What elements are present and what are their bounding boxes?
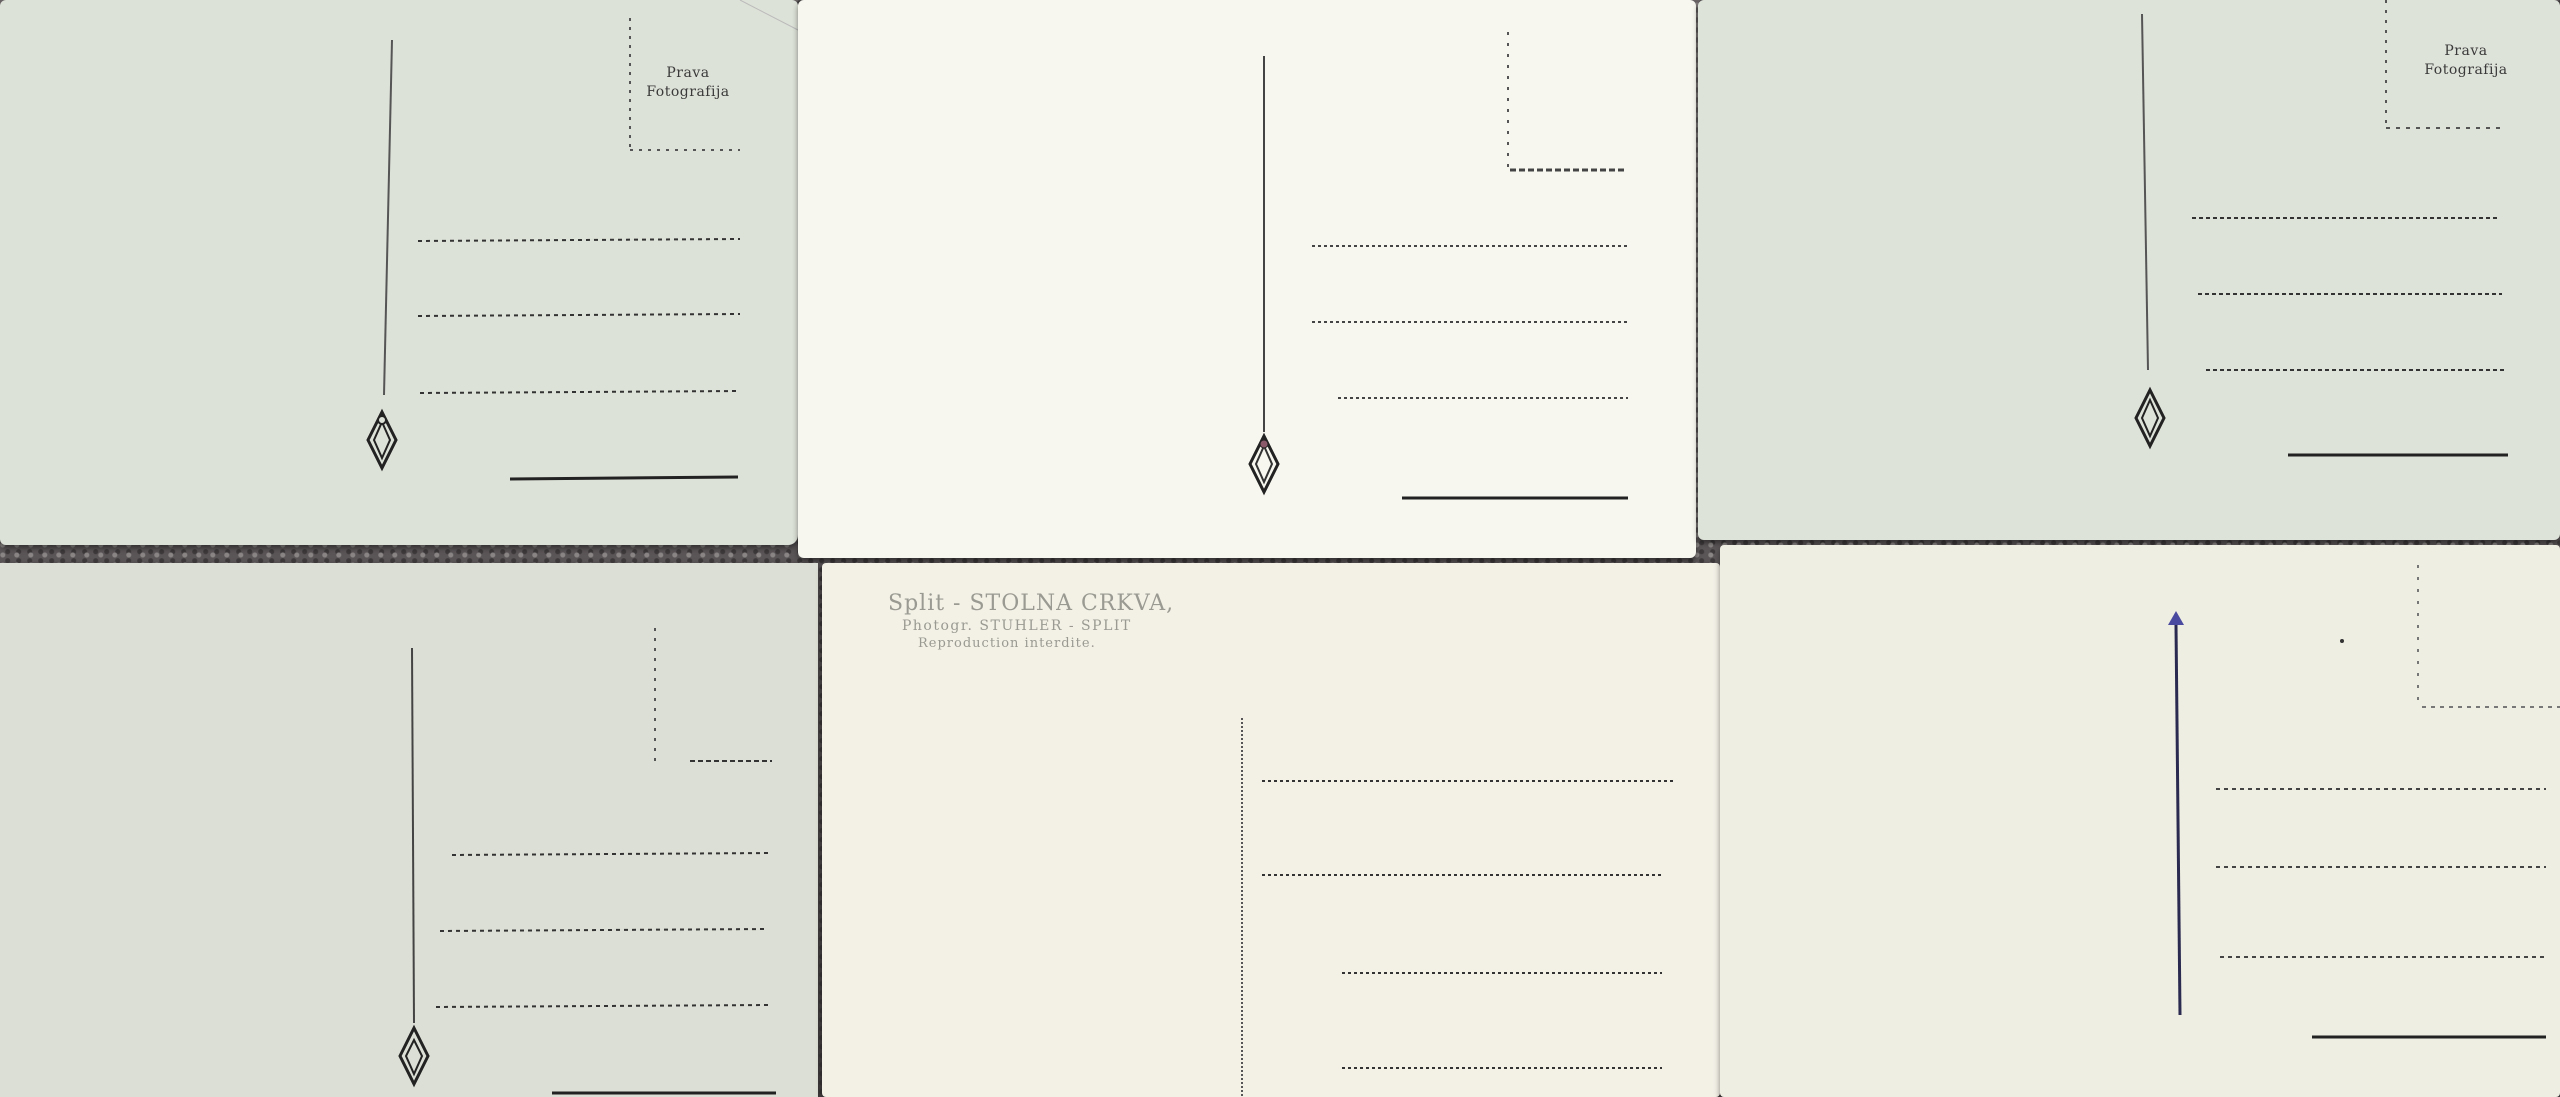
postcard-layout-lines [1698,0,2560,540]
postcard-layout-lines [1720,545,2560,1097]
stamp-line-2: Fotografija [2424,62,2507,78]
postcard-bottom-right [1720,545,2560,1097]
publisher-logo-icon [2136,390,2164,446]
postcard-bottom-left [0,563,818,1097]
postcard-top-left: Prava Fotografija [0,0,798,545]
publisher-rights: Reproduction interdite. [918,636,1174,651]
postcard-bottom-middle: Split - STOLNA CRKVA, Photogr. STUHLER -… [822,563,1720,1097]
publisher-logo-icon [400,1028,428,1084]
publisher-logo-icon [368,412,396,468]
publisher-imprint: Split - STOLNA CRKVA, Photogr. STUHLER -… [888,591,1174,651]
postcard-layout-lines [798,0,1696,558]
postcard-top-middle [798,0,1696,558]
divider-tip-icon [2168,611,2184,625]
postcard-layout-lines [0,563,818,1097]
publisher-logo-icon [1250,436,1278,492]
stamp-box-label: Prava Fotografija [628,64,748,102]
publisher-photographer: Photogr. STUHLER - SPLIT [902,618,1174,634]
postcard-top-right: Prava Fotografija [1698,0,2560,540]
stamp-line-2: Fotografija [646,84,729,100]
stamp-line-1: Prava [2444,43,2487,59]
publisher-title: Split - STOLNA CRKVA, [888,591,1174,616]
stamp-box-label: Prava Fotografija [2406,42,2526,80]
stamp-line-1: Prava [666,65,709,81]
